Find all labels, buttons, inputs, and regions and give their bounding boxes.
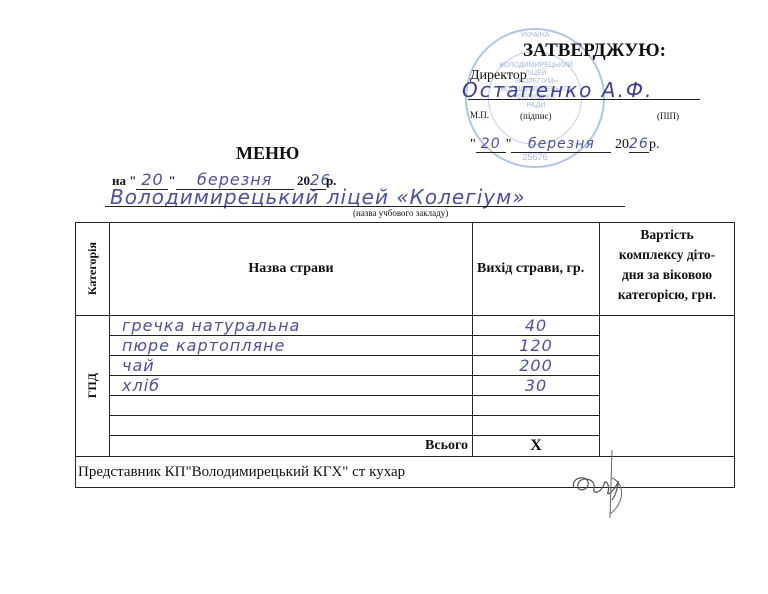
approval-title: ЗАТВЕРДЖУЮ:	[523, 40, 666, 62]
stamp-top-text: УКРАЇНА	[505, 32, 565, 40]
name-caption: (ПІП)	[657, 111, 679, 121]
table-row: ГПД гречка натуральна 40	[76, 316, 735, 336]
stamp-place-label: М.П.	[470, 110, 489, 120]
column-header-dish-name: Назва страви	[110, 223, 473, 316]
stamp-line: РАДИ	[490, 102, 582, 110]
school-name-line	[105, 206, 625, 207]
dish-yield-cell	[473, 396, 600, 416]
dish-yield-cell: 30	[473, 376, 600, 396]
menu-title: МЕНЮ	[236, 143, 299, 164]
school-caption: (назва учбового закладу)	[353, 208, 448, 218]
dish-name-cell	[110, 396, 473, 416]
signature-caption: (підпис)	[520, 111, 552, 121]
column-header-category: Категорія	[76, 223, 110, 316]
category-cell: ГПД	[76, 316, 110, 457]
date-year-prefix: 20	[615, 137, 629, 152]
cost-header-line: комплексу діто-	[600, 245, 734, 265]
dish-name-cell	[110, 416, 473, 436]
dish-name-cell: пюре картопляне	[110, 336, 473, 356]
column-header-cost: Вартість комплексу діто- дня за віковою …	[600, 223, 735, 316]
dish-yield-cell	[473, 416, 600, 436]
menu-table: Категорія Назва страви Вихід страви, гр.…	[75, 222, 735, 488]
date-suffix: р.	[649, 137, 660, 152]
cost-header-line: категорісю, грн.	[600, 285, 734, 305]
table-header-row: Категорія Назва страви Вихід страви, гр.…	[76, 223, 735, 316]
dish-yield-cell: 200	[473, 356, 600, 376]
dish-name-cell: хліб	[110, 376, 473, 396]
dish-yield-cell: 120	[473, 336, 600, 356]
dish-yield-cell: 40	[473, 316, 600, 336]
category-label: ГПД	[85, 373, 100, 398]
column-header-yield: Вихід страви, гр.	[473, 223, 600, 316]
stamp-code: 25676	[505, 153, 565, 161]
cost-cell	[600, 316, 735, 457]
cost-header-line: дня за віковою	[600, 265, 734, 285]
dish-name-cell: чай	[110, 356, 473, 376]
cost-header-line: Вартість	[600, 225, 734, 245]
cook-signature	[566, 448, 636, 520]
dish-name-cell: гречка натуральна	[110, 316, 473, 336]
approval-date-year: 26	[629, 136, 649, 153]
approval-date-day: 20	[476, 136, 506, 153]
approval-date: "20"березня 2026р.	[470, 136, 659, 153]
approval-date-month: березня	[511, 136, 611, 153]
total-label: Всього	[110, 436, 473, 457]
signature-line	[468, 99, 700, 100]
column-header-category-text: Категорія	[85, 242, 100, 295]
